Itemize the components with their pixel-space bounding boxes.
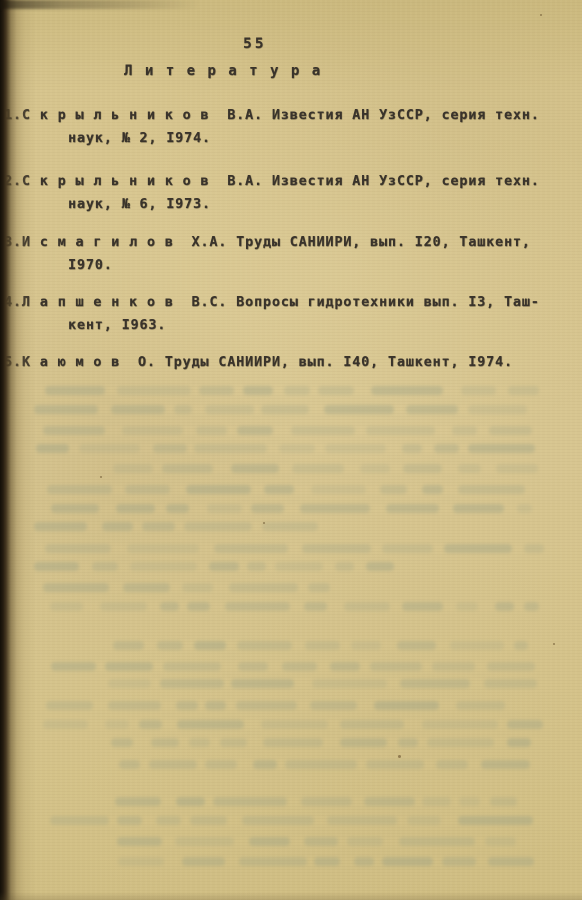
reference-line1: 1.С к р ы л ь н и к о в В.А. Известия АН… xyxy=(4,104,576,127)
reference-line2: кент, I963. xyxy=(4,314,576,337)
reference-entry: 4.Л а п ш е н к о в В.С. Вопросы гидроте… xyxy=(4,291,576,337)
reference-line2: наук, № 6, I973. xyxy=(4,193,576,216)
reference-line1: 2.С к р ы л ь н и к о в В.А. Известия АН… xyxy=(4,170,576,193)
paper-speck xyxy=(398,755,401,758)
paper-speck xyxy=(263,522,265,524)
reference-entry: 5.К а ю м о в О. Труды САНИИРИ, вып. I40… xyxy=(4,351,576,374)
paper-speck xyxy=(100,476,102,478)
reference-line2: наук, № 2, I974. xyxy=(4,127,576,150)
reference-line2: I970. xyxy=(4,254,576,277)
reference-entry: 1.С к р ы л ь н и к о в В.А. Известия АН… xyxy=(4,104,576,150)
paper-speck xyxy=(553,643,555,645)
reference-list: 1.С к р ы л ь н и к о в В.А. Известия АН… xyxy=(0,0,582,900)
reference-line1: 4.Л а п ш е н к о в В.С. Вопросы гидроте… xyxy=(4,291,576,314)
reference-entry: 3.И с м а г и л о в Х.А. Труды САНИИРИ, … xyxy=(4,231,576,277)
reference-entry: 2.С к р ы л ь н и к о в В.А. Известия АН… xyxy=(4,170,576,216)
paper-speck xyxy=(540,14,542,16)
scanned-document-page: 55 Л и т е р а т у р а 1.С к р ы л ь н и… xyxy=(0,0,582,900)
reference-line1: 5.К а ю м о в О. Труды САНИИРИ, вып. I40… xyxy=(4,351,576,374)
reference-line1: 3.И с м а г и л о в Х.А. Труды САНИИРИ, … xyxy=(4,231,576,254)
